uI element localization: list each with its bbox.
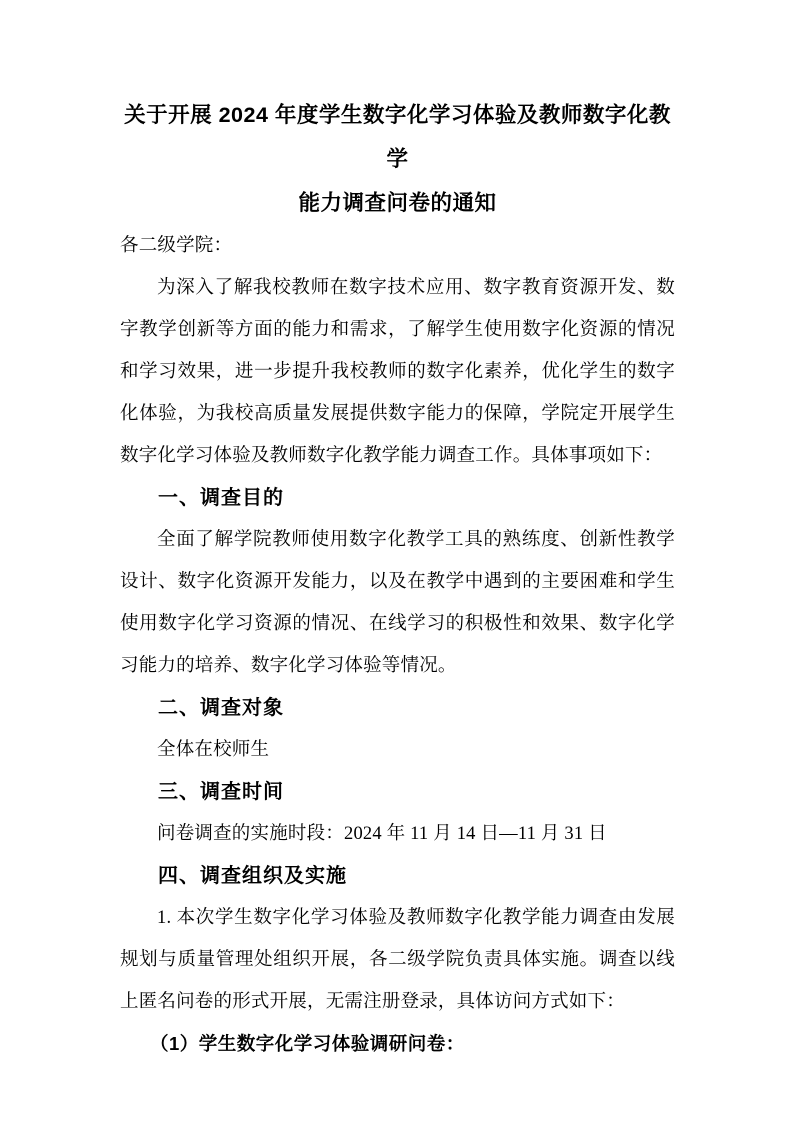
section-heading-target: 二、调查对象 — [120, 687, 675, 729]
document-title-line2: 能力调查问卷的通知 — [120, 181, 675, 225]
subheading-student-questionnaire: （1）学生数字化学习体验调研问卷： — [120, 1023, 675, 1065]
salutation: 各二级学院： — [120, 225, 675, 267]
section-heading-time: 三、调查时间 — [120, 771, 675, 813]
section-body-target: 全体在校师生 — [120, 729, 675, 771]
section-body-purpose: 全面了解学院教师使用数字化教学工具的熟练度、创新性教学设计、数字化资源开发能力，… — [120, 519, 675, 687]
section-body-time: 问卷调查的实施时段：2024 年 11 月 14 日—11 月 31 日 — [120, 813, 675, 855]
intro-paragraph: 为深入了解我校教师在数字技术应用、数字教育资源开发、数字教学创新等方面的能力和需… — [120, 267, 675, 477]
document-page: 关于开展 2024 年度学生数字化学习体验及教师数字化教学 能力调查问卷的通知 … — [0, 0, 793, 1122]
document-title-line1: 关于开展 2024 年度学生数字化学习体验及教师数字化教学 — [120, 93, 675, 181]
section-body-organization: 1. 本次学生数字化学习体验及教师数字化教学能力调查由发展规划与质量管理处组织开… — [120, 897, 675, 1023]
document-title: 关于开展 2024 年度学生数字化学习体验及教师数字化教学 能力调查问卷的通知 — [120, 93, 675, 225]
section-heading-purpose: 一、调查目的 — [120, 477, 675, 519]
section-heading-organization: 四、调查组织及实施 — [120, 855, 675, 897]
